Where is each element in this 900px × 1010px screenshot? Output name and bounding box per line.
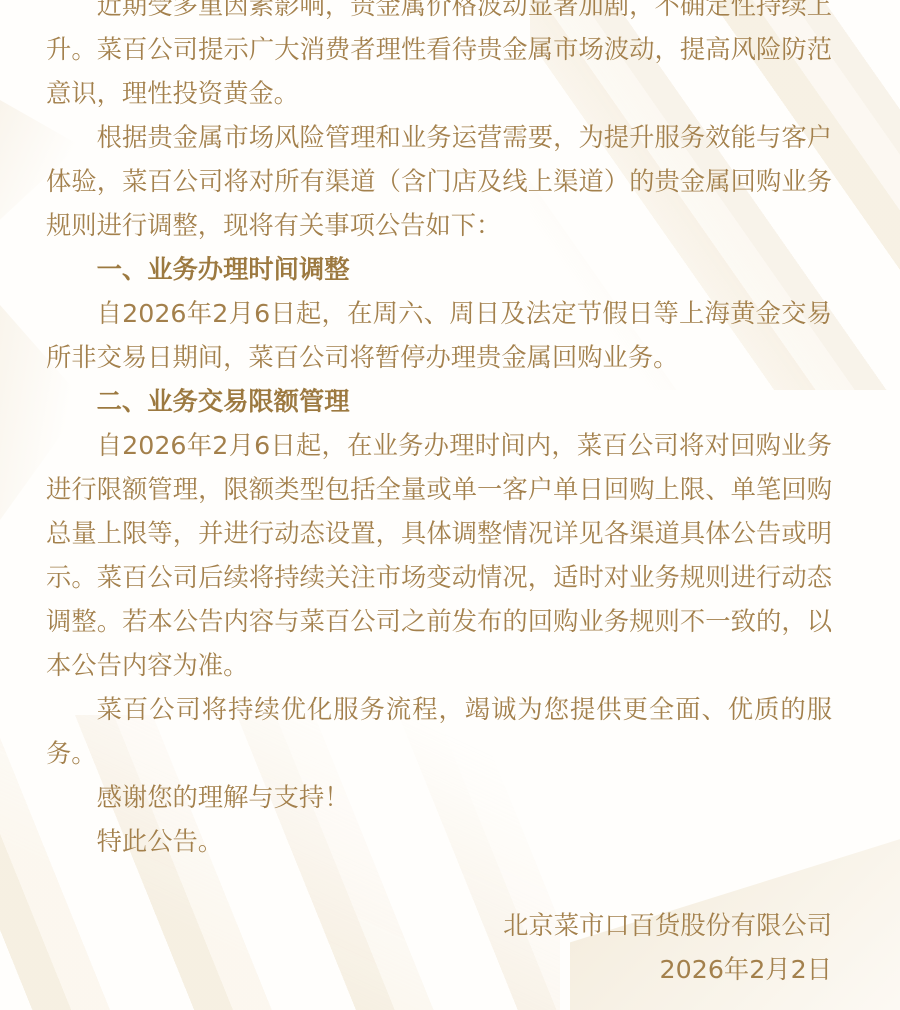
announcement-date: 2026年2月2日 — [46, 948, 832, 992]
intro-paragraph: 近期受多重因素影响，贵金属价格波动显著加剧，不确定性持续上升。菜百公司提示广大消… — [46, 0, 832, 116]
section-1-paragraph: 自2026年2月6日起，在周六、周日及法定节假日等上海黄金交易所非交易日期间，菜… — [46, 292, 832, 380]
section-2-paragraph: 自2026年2月6日起，在业务办理时间内，菜百公司将对回购业务进行限额管理，限额… — [46, 424, 832, 688]
hereby-announce-line: 特此公告。 — [46, 820, 832, 864]
announcement-page: 近期受多重因素影响，贵金属价格波动显著加剧，不确定性持续上升。菜百公司提示广大消… — [0, 0, 900, 1010]
background-paragraph: 根据贵金属市场风险管理和业务运营需要，为提升服务效能与客户体验，菜百公司将对所有… — [46, 116, 832, 248]
section-1-heading: 一、业务办理时间调整 — [46, 248, 832, 292]
thanks-line: 感谢您的理解与支持！ — [46, 776, 832, 820]
section-2-heading: 二、业务交易限额管理 — [46, 380, 832, 424]
company-signature: 北京菜市口百货股份有限公司 — [46, 904, 832, 948]
closing-paragraph: 菜百公司将持续优化服务流程，竭诚为您提供更全面、优质的服务。 — [46, 688, 832, 776]
announcement-document: 近期受多重因素影响，贵金属价格波动显著加剧，不确定性持续上升。菜百公司提示广大消… — [46, 0, 832, 992]
